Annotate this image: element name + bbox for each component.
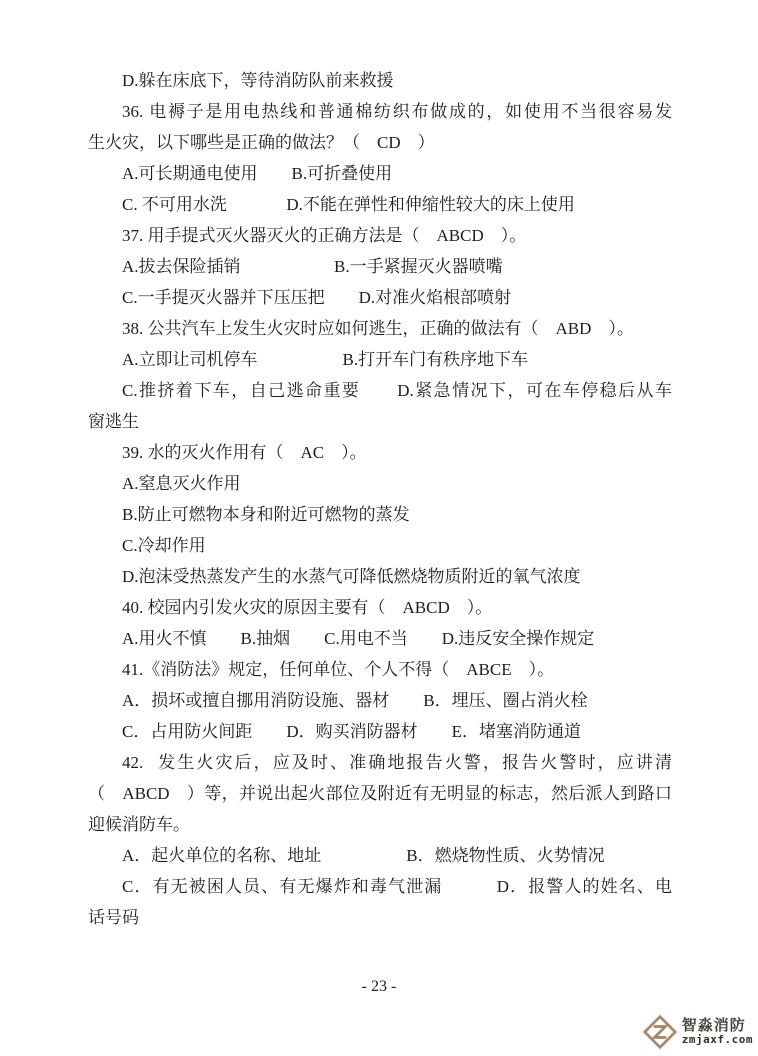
document-line: C.推挤着下车，自己逃命重要 D.紧急情况下，可在车停稳后从车 [88, 375, 672, 406]
document-line: C．有无被困人员、有无爆炸和毒气泄漏 D．报警人的姓名、电 [88, 871, 672, 902]
document-line: A.可长期通电使用 B.可折叠使用 [88, 158, 672, 189]
document-line: 41.《消防法》规定，任何单位、个人不得（ ABCE ）。 [88, 654, 672, 685]
document-body: D.躲在床底下，等待消防队前来救援36. 电褥子是用电热线和普通棉纺织布做成的，… [88, 65, 672, 933]
document-line: D.躲在床底下，等待消防队前来救援 [88, 65, 672, 96]
document-line: 36. 电褥子是用电热线和普通棉纺织布做成的，如使用不当很容易发 [88, 96, 672, 127]
document-line: A．起火单位的名称、地址 B．燃烧物性质、火势情况 [88, 840, 672, 871]
watermark: 智淼消防 zmjaxf.com [642, 1014, 753, 1050]
document-line: B.防止可燃物本身和附近可燃物的蒸发 [88, 499, 672, 530]
document-line: 话号码 [88, 902, 672, 933]
page-number: - 23 - [0, 978, 758, 996]
document-line: A.用火不慎 B.抽烟 C.用电不当 D.违反安全操作规定 [88, 623, 672, 654]
watermark-brand-text: 智淼消防 [682, 1018, 753, 1034]
document-line: A.窒息灭火作用 [88, 468, 672, 499]
document-line: A.立即让司机停车 B.打开车门有秩序地下车 [88, 344, 672, 375]
document-line: 生火灾，以下哪些是正确的做法？（ CD ） [88, 127, 672, 158]
document-line: 窗逃生 [88, 406, 672, 437]
document-line: C. 不可用水洗 D.不能在弹性和伸缩性较大的床上使用 [88, 189, 672, 220]
document-line: A.拔去保险插销 B.一手紧握灭火器喷嘴 [88, 251, 672, 282]
document-line: C．占用防火间距 D．购买消防器材 E．堵塞消防通道 [88, 716, 672, 747]
document-line: A．损坏或擅自挪用消防设施、器材 B．埋压、圈占消火栓 [88, 685, 672, 716]
document-line: D.泡沫受热蒸发产生的水蒸气可降低燃烧物质附近的氧气浓度 [88, 561, 672, 592]
document-line: 38. 公共汽车上发生火灾时应如何逃生，正确的做法有（ ABD ）。 [88, 313, 672, 344]
document-line: 37. 用手提式灭火器灭火的正确方法是（ ABCD ）。 [88, 220, 672, 251]
diamond-z-logo-icon [642, 1014, 678, 1050]
document-line: 39. 水的灭火作用有（ AC ）。 [88, 437, 672, 468]
watermark-domain-text: zmjaxf.com [682, 1034, 753, 1046]
document-line: C.冷却作用 [88, 530, 672, 561]
document-line: C.一手提灭火器并下压压把 D.对准火焰根部喷射 [88, 282, 672, 313]
document-line: 42. 发生火灾后，应及时、准确地报告火警，报告火警时，应讲清 [88, 747, 672, 778]
document-line: 40. 校园内引发火灾的原因主要有（ ABCD ）。 [88, 592, 672, 623]
document-line: （ ABCD ）等，并说出起火部位及附近有无明显的标志，然后派人到路口 [88, 778, 672, 809]
document-line: 迎候消防车。 [88, 809, 672, 840]
